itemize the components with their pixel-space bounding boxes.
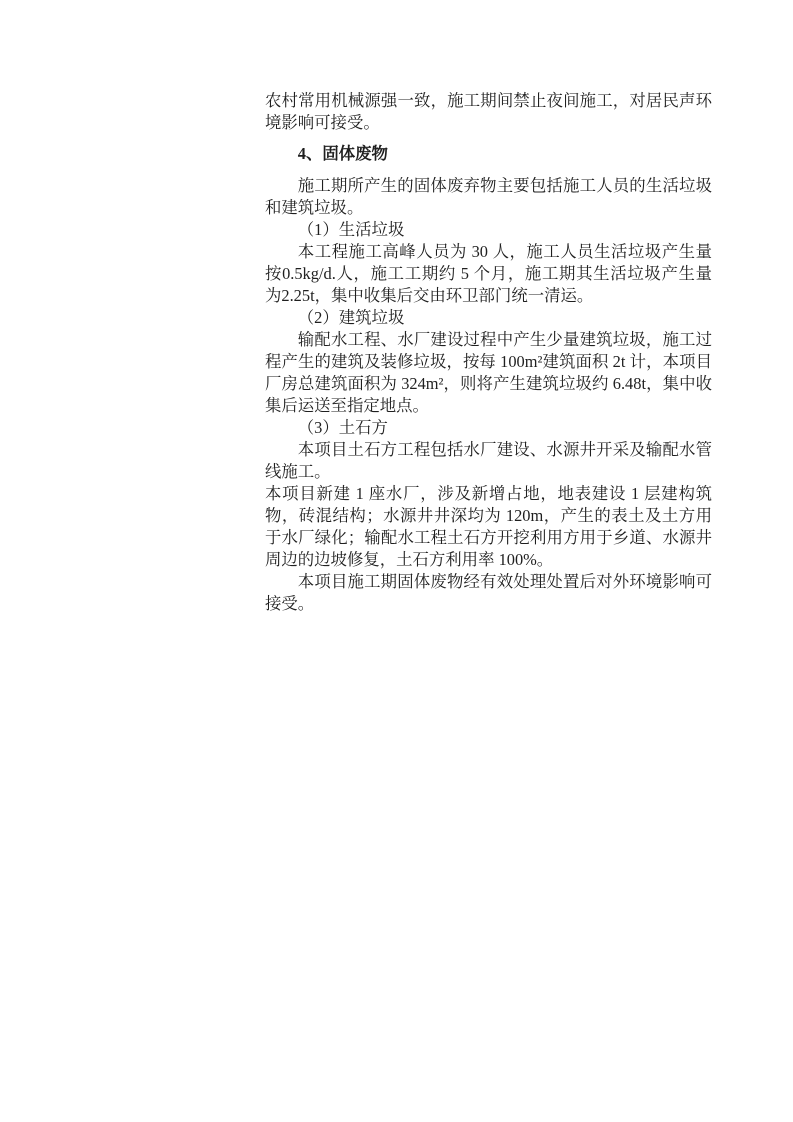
paragraph: 本项目新建 1 座水厂，涉及新增占地，地表建设 1 层建构筑物，砖混结构；水源井…: [265, 483, 712, 571]
paragraph: （1）生活垃圾: [265, 219, 712, 241]
paragraph: 输配水工程、水厂建设过程中产生少量建筑垃圾，施工过程产生的建筑及装修垃圾，按每 …: [265, 329, 712, 417]
paragraph: 本项目施工期固体废物经有效处理处置后对外环境影响可接受。: [265, 571, 712, 615]
section-heading: 4、固体废物: [265, 143, 712, 165]
paragraph: （3）土石方: [265, 417, 712, 439]
paragraph: （2）建筑垃圾: [265, 307, 712, 329]
paragraph: 农村常用机械源强一致，施工期间禁止夜间施工，对居民声环境影响可接受。: [265, 90, 712, 134]
paragraph: 施工期所产生的固体废弃物主要包括施工人员的生活垃圾和建筑垃圾。: [265, 175, 712, 219]
document-page: 农村常用机械源强一致，施工期间禁止夜间施工，对居民声环境影响可接受。4、固体废物…: [0, 0, 793, 1122]
paragraph: 本工程施工高峰人员为 30 人，施工人员生活垃圾产生量按0.5kg/d.人，施工…: [265, 241, 712, 307]
document-body: 农村常用机械源强一致，施工期间禁止夜间施工，对居民声环境影响可接受。4、固体废物…: [265, 90, 712, 615]
paragraph: 本项目土石方工程包括水厂建设、水源井开采及输配水管线施工。: [265, 439, 712, 483]
